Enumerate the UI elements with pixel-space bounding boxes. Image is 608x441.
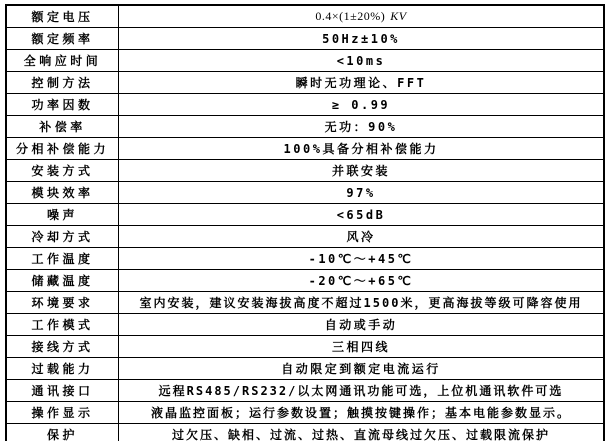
table-row: 保护 过欠压、缺相、过流、过热、直流母线过欠压、过载限流保护 bbox=[6, 424, 604, 441]
spec-label-wiring: 接线方式 bbox=[6, 336, 119, 358]
table-row: 过载能力 自动限定到额定电流运行 bbox=[6, 358, 604, 380]
table-row: 冷却方式 风冷 bbox=[6, 226, 604, 248]
table-row: 环境要求 室内安装，建议安装海拔高度不超过1500米，更高海拔等级可降容使用 bbox=[6, 292, 604, 314]
table-row: 操作显示 液晶监控面板；运行参数设置；触摸按键操作；基本电能参数显示。 bbox=[6, 402, 604, 424]
table-row: 控制方法 瞬时无功理论、FFT bbox=[6, 72, 604, 94]
spec-label-rated-voltage: 额定电压 bbox=[6, 5, 119, 28]
spec-value-protection: 过欠压、缺相、过流、过热、直流母线过欠压、过载限流保护 bbox=[119, 424, 605, 441]
spec-label-overload: 过载能力 bbox=[6, 358, 119, 380]
table-row: 补偿率 无功：90% bbox=[6, 116, 604, 138]
table-row: 通讯接口 远程RS485/RS232/以太网通讯功能可选，上位机通讯软件可选 bbox=[6, 380, 604, 402]
page: 额定电压 0.4×(1±20%)KV 额定频率 50Hz±10% 全响应时间 <… bbox=[0, 0, 608, 441]
spec-value-response-time: <10ms bbox=[119, 50, 605, 72]
table-row: 全响应时间 <10ms bbox=[6, 50, 604, 72]
table-row: 额定电压 0.4×(1±20%)KV bbox=[6, 5, 604, 28]
spec-label-phase-compensation: 分相补偿能力 bbox=[6, 138, 119, 160]
spec-label-noise: 噪声 bbox=[6, 204, 119, 226]
spec-label-storage-temperature: 储藏温度 bbox=[6, 270, 119, 292]
spec-value-compensation-rate: 无功：90% bbox=[119, 116, 605, 138]
spec-value-overload: 自动限定到额定电流运行 bbox=[119, 358, 605, 380]
table-row: 分相补偿能力 100%具备分相补偿能力 bbox=[6, 138, 604, 160]
spec-label-working-mode: 工作模式 bbox=[6, 314, 119, 336]
spec-value-rated-frequency: 50Hz±10% bbox=[119, 28, 605, 50]
table-row: 安装方式 并联安装 bbox=[6, 160, 604, 182]
spec-label-cooling: 冷却方式 bbox=[6, 226, 119, 248]
spec-value-working-mode: 自动或手动 bbox=[119, 314, 605, 336]
value-unit: KV bbox=[390, 9, 406, 23]
spec-value-operation-display: 液晶监控面板；运行参数设置；触摸按键操作；基本电能参数显示。 bbox=[119, 402, 605, 424]
spec-label-rated-frequency: 额定频率 bbox=[6, 28, 119, 50]
table-row: 接线方式 三相四线 bbox=[6, 336, 604, 358]
spec-value-noise: <65dB bbox=[119, 204, 605, 226]
spec-label-module-efficiency: 模块效率 bbox=[6, 182, 119, 204]
spec-label-control-method: 控制方法 bbox=[6, 72, 119, 94]
spec-value-phase-compensation: 100%具备分相补偿能力 bbox=[119, 138, 605, 160]
spec-label-compensation-rate: 补偿率 bbox=[6, 116, 119, 138]
spec-label-installation: 安装方式 bbox=[6, 160, 119, 182]
spec-value-rated-voltage: 0.4×(1±20%)KV bbox=[119, 5, 605, 28]
spec-value-communication: 远程RS485/RS232/以太网通讯功能可选，上位机通讯软件可选 bbox=[119, 380, 605, 402]
table-row: 工作模式 自动或手动 bbox=[6, 314, 604, 336]
spec-label-power-factor: 功率因数 bbox=[6, 94, 119, 116]
spec-label-protection: 保护 bbox=[6, 424, 119, 441]
table-row: 模块效率 97% bbox=[6, 182, 604, 204]
spec-value-module-efficiency: 97% bbox=[119, 182, 605, 204]
spec-table: 额定电压 0.4×(1±20%)KV 额定频率 50Hz±10% 全响应时间 <… bbox=[5, 4, 605, 441]
spec-value-working-temperature: -10℃～+45℃ bbox=[119, 248, 605, 270]
spec-value-cooling: 风冷 bbox=[119, 226, 605, 248]
table-row: 噪声 <65dB bbox=[6, 204, 604, 226]
spec-value-storage-temperature: -20℃～+65℃ bbox=[119, 270, 605, 292]
spec-label-communication: 通讯接口 bbox=[6, 380, 119, 402]
spec-label-response-time: 全响应时间 bbox=[6, 50, 119, 72]
spec-value-wiring: 三相四线 bbox=[119, 336, 605, 358]
spec-label-working-temperature: 工作温度 bbox=[6, 248, 119, 270]
spec-label-operation-display: 操作显示 bbox=[6, 402, 119, 424]
table-row: 储藏温度 -20℃～+65℃ bbox=[6, 270, 604, 292]
spec-value-installation: 并联安装 bbox=[119, 160, 605, 182]
spec-value-environment: 室内安装，建议安装海拔高度不超过1500米，更高海拔等级可降容使用 bbox=[119, 292, 605, 314]
spec-value-power-factor: ≥ 0.99 bbox=[119, 94, 605, 116]
table-row: 功率因数 ≥ 0.99 bbox=[6, 94, 604, 116]
table-row: 工作温度 -10℃～+45℃ bbox=[6, 248, 604, 270]
table-row: 额定频率 50Hz±10% bbox=[6, 28, 604, 50]
spec-label-environment: 环境要求 bbox=[6, 292, 119, 314]
value-main: 0.4×(1±20%) bbox=[315, 9, 385, 23]
spec-value-control-method: 瞬时无功理论、FFT bbox=[119, 72, 605, 94]
